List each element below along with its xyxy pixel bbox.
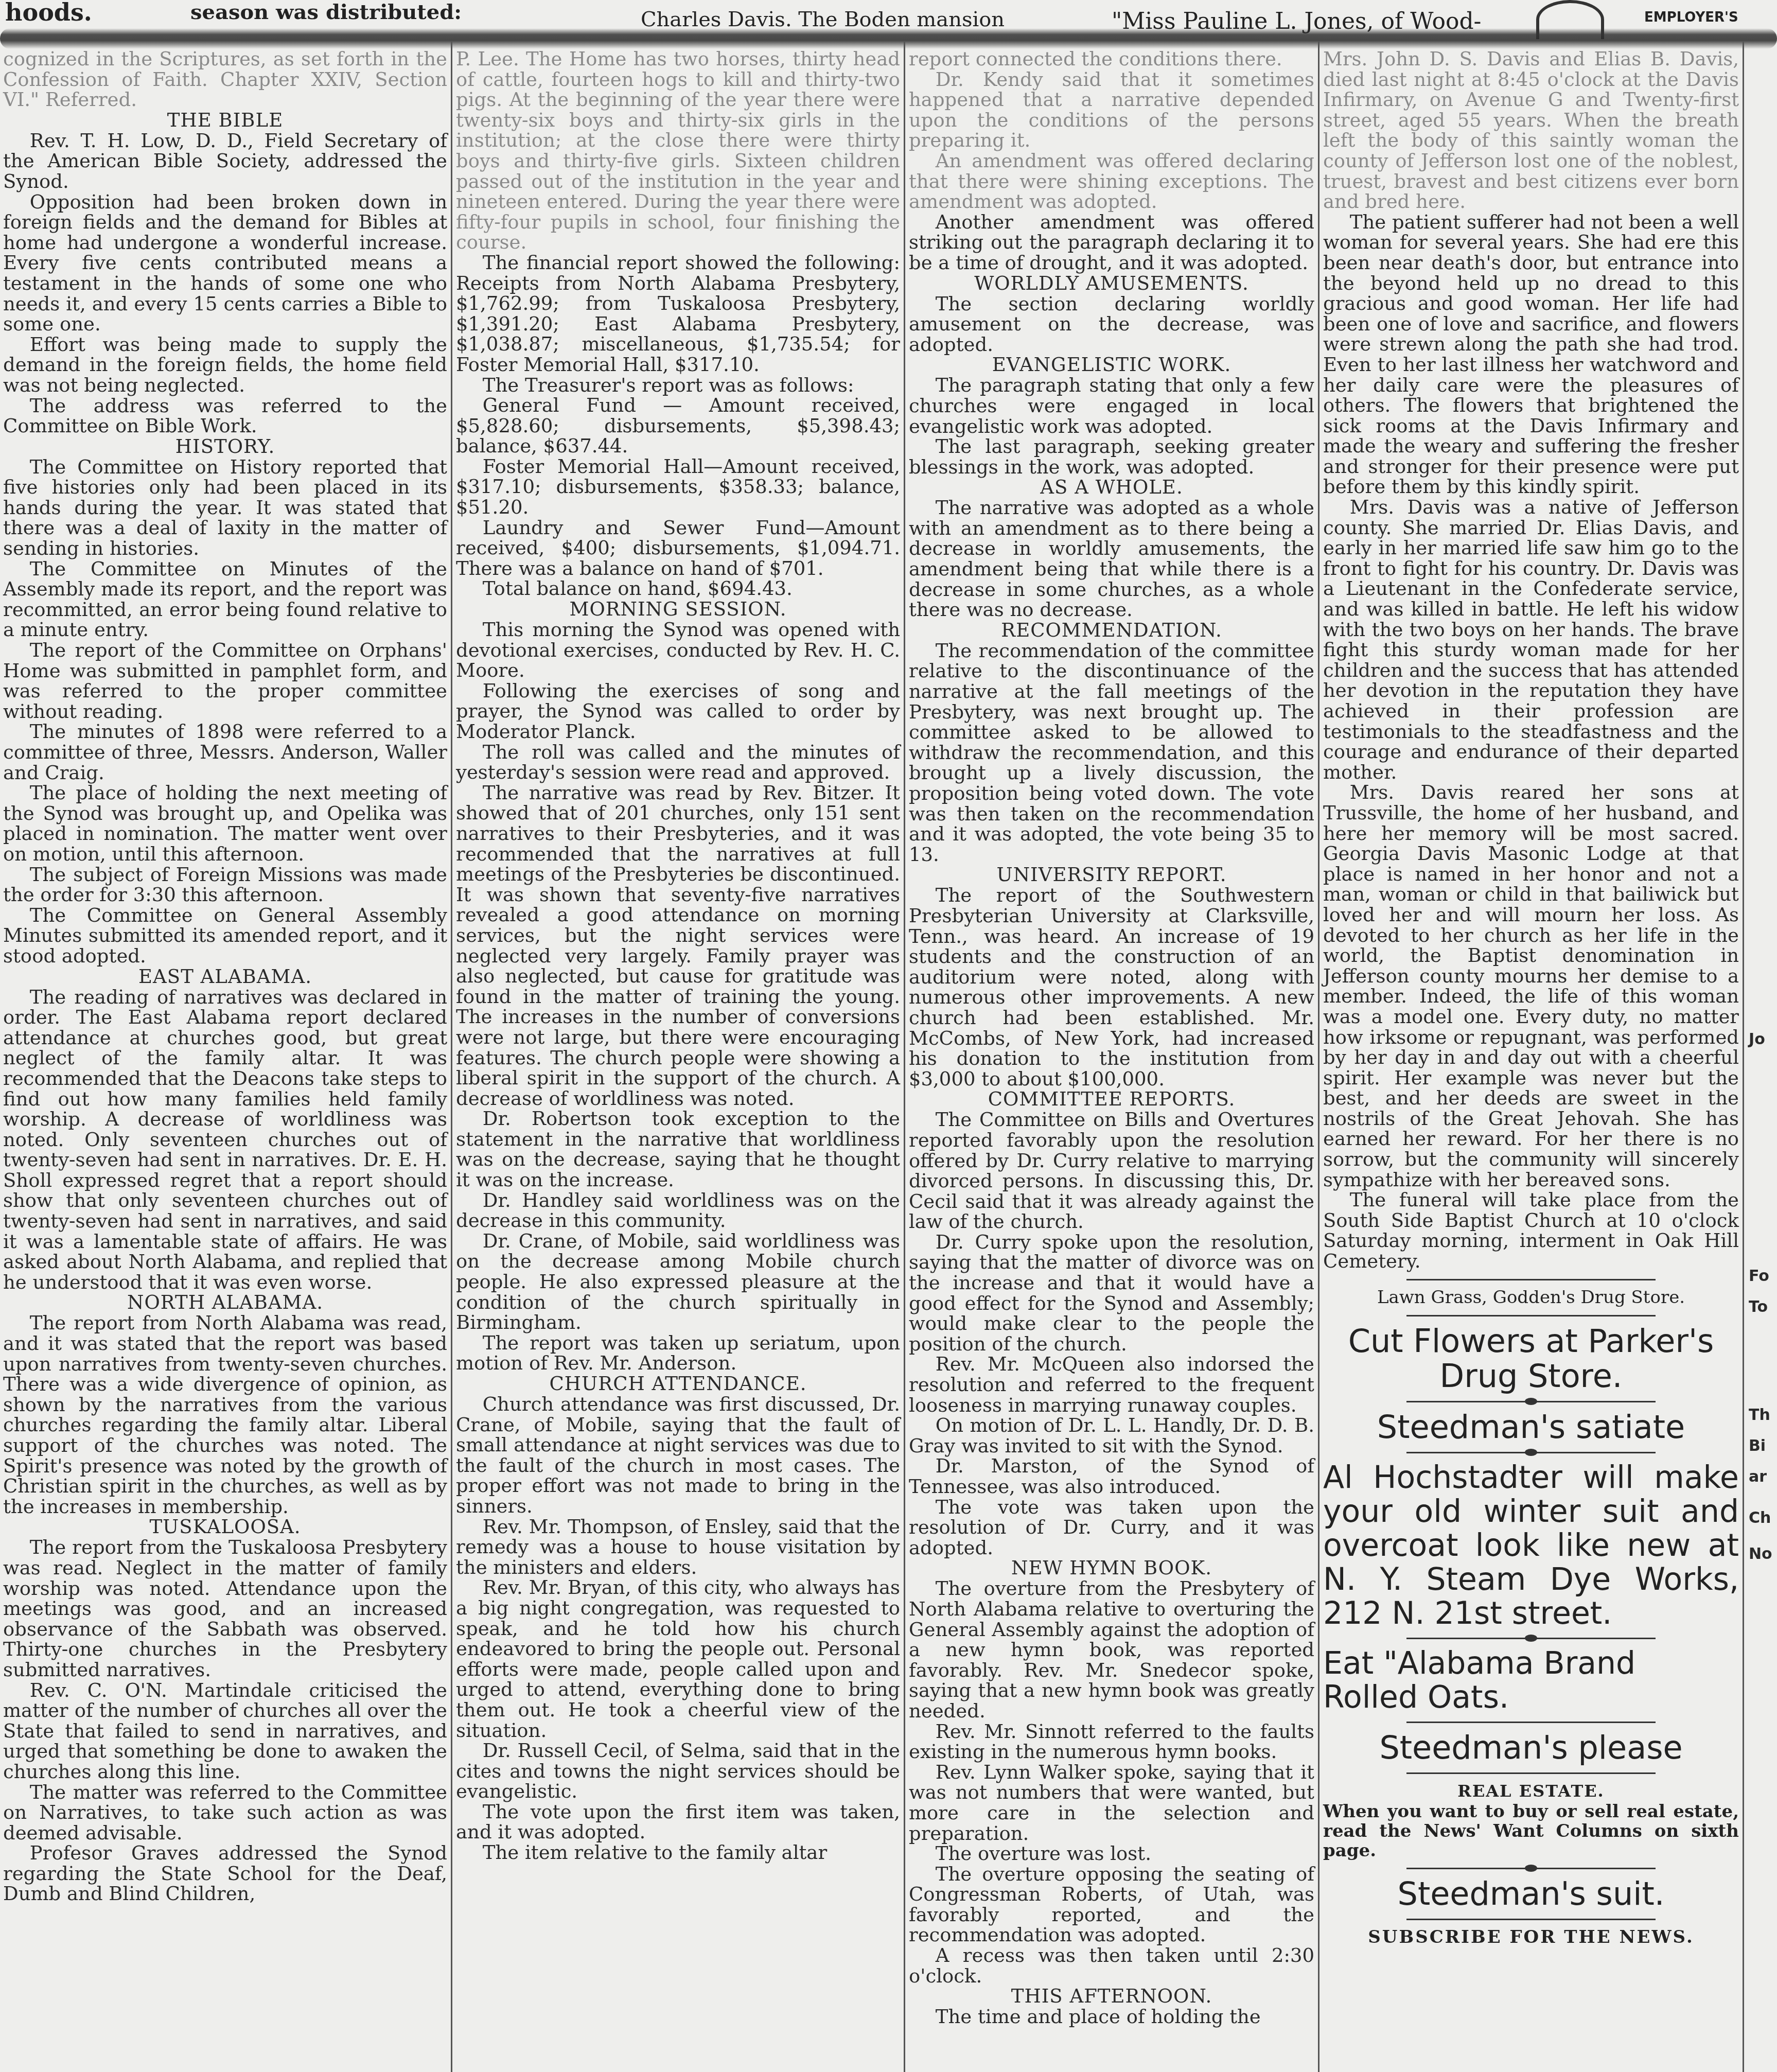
separator — [1406, 1722, 1656, 1723]
section-heading: CHURCH ATTENDANCE. — [456, 1374, 900, 1394]
article-paragraph: The place of holding the next meeting of… — [3, 783, 447, 864]
section-heading: THE BIBLE — [3, 110, 447, 131]
article-paragraph: The item relative to the family altar — [456, 1842, 900, 1863]
article-paragraph: The report from the Tuskaloosa Presbyter… — [3, 1537, 447, 1680]
section-heading: RECOMMENDATION. — [909, 620, 1314, 641]
section-heading: MORNING SESSION. — [456, 599, 900, 620]
article-paragraph: The overture from the Presbytery of Nort… — [909, 1578, 1314, 1721]
article-paragraph: Dr. Handley said worldliness was on the … — [456, 1190, 900, 1231]
cut-off-text-fragment: Fo — [1749, 1266, 1769, 1287]
article-paragraph: This morning the Synod was opened with d… — [456, 620, 900, 681]
cut-off-text-fragment: Jo — [1749, 1029, 1765, 1050]
column-obituary-ads: Mrs. John D. S. Davis and Elias B. Davis… — [1320, 49, 1742, 2072]
article-paragraph: The address was referred to the Committe… — [3, 396, 447, 436]
column-rule — [1743, 41, 1744, 2072]
article-paragraph: Rev. C. O'N. Martindale criticised the m… — [3, 1680, 447, 1782]
article-paragraph: Mrs. Davis reared her sons at Trussville… — [1323, 782, 1739, 1190]
ad-cut-flowers: Cut Flowers at Parker's Drug Store. — [1323, 1324, 1739, 1394]
article-paragraph: The recommendation of the committee rela… — [909, 641, 1314, 865]
ornament-separator — [1406, 1868, 1656, 1869]
cut-off-text-fragment: To — [1749, 1297, 1768, 1318]
article-paragraph: The funeral will take place from the Sou… — [1323, 1190, 1739, 1271]
article-paragraph: The report of the Committee on Orphans' … — [3, 640, 447, 722]
article-paragraph: The patient sufferer had not been a well… — [1323, 212, 1739, 497]
adjacent-column-fragments: JoFoToThBiarChNo — [1745, 49, 1777, 2072]
ornament-separator — [1406, 1452, 1656, 1453]
separator — [1406, 1315, 1656, 1316]
section-heading: EVANGELISTIC WORK. — [909, 355, 1314, 375]
subscribe-banner: SUBSCRIBE FOR THE NEWS. — [1323, 1927, 1739, 1948]
article-paragraph: The report was taken up seriatum, upon m… — [456, 1333, 900, 1374]
fragment-season: season was distributed: — [190, 0, 462, 25]
article-paragraph: report connected the conditions there. — [909, 49, 1314, 69]
article-paragraph: The Committee on History reported that f… — [3, 457, 447, 559]
article-paragraph: Following the exercises of song and pray… — [456, 681, 900, 742]
cut-off-text-fragment: ar — [1749, 1467, 1767, 1487]
article-paragraph: General Fund — Amount received, $5,828.6… — [456, 395, 900, 456]
article-paragraph: Another amendment was offered striking o… — [909, 212, 1314, 273]
column-committee-reports: report connected the conditions there.Dr… — [906, 49, 1317, 2072]
article-paragraph: The Committee on Minutes of the Assembly… — [3, 559, 447, 640]
ad-steedman-suit: Steedman's suit. — [1323, 1876, 1739, 1911]
article-paragraph: The roll was called and the minutes of y… — [456, 742, 900, 783]
article-paragraph: Dr. Crane, of Mobile, said worldliness w… — [456, 1231, 900, 1333]
article-paragraph: Rev. Mr. McQueen also indorsed the resol… — [909, 1354, 1314, 1415]
ink-smear — [0, 28, 1777, 49]
article-paragraph: The vote was taken upon the resolution o… — [909, 1497, 1314, 1558]
fragment-hoods: hoods. — [5, 0, 92, 25]
fragment-employers: EMPLOYER'S — [1644, 5, 1738, 30]
article-paragraph: P. Lee. The Home has two horses, thirty … — [456, 49, 900, 253]
section-heading: COMMITTEE REPORTS. — [909, 1089, 1314, 1110]
article-paragraph: Rev. Mr. Bryan, of this city, who always… — [456, 1577, 900, 1741]
article-paragraph: Effort was being made to supply the dema… — [3, 335, 447, 396]
article-paragraph: The vote upon the first item was taken, … — [456, 1802, 900, 1842]
column-rule — [1318, 41, 1319, 2072]
separator — [1406, 1919, 1656, 1920]
article-paragraph: The paragraph stating that only a few ch… — [909, 375, 1314, 436]
section-heading: NEW HYMN BOOK. — [909, 1558, 1314, 1578]
ad-hochstadter-dye-works: Al Hochstadter will make your old winter… — [1323, 1461, 1739, 1630]
article-paragraph: The overture opposing the seating of Con… — [909, 1864, 1314, 1945]
article-paragraph: Mrs. John D. S. Davis and Elias B. Davis… — [1323, 49, 1739, 212]
article-paragraph: An amendment was offered declaring that … — [909, 151, 1314, 212]
article-paragraph: Rev. T. H. Low, D. D., Field Secretary o… — [3, 131, 447, 192]
article-paragraph: Opposition had been broken down in forei… — [3, 192, 447, 335]
ad-steedman-satiate: Steedman's satiate — [1323, 1410, 1739, 1445]
section-heading: TUSKALOOSA. — [3, 1517, 447, 1537]
article-paragraph: The reading of narratives was declared i… — [3, 987, 447, 1293]
article-paragraph: The narrative was adopted as a whole wit… — [909, 498, 1314, 620]
article-paragraph: Dr. Marston, of the Synod of Tennessee, … — [909, 1456, 1314, 1497]
article-paragraph: The report from North Alabama was read, … — [3, 1313, 447, 1517]
cut-off-text-fragment: Th — [1749, 1405, 1770, 1426]
article-paragraph: The Committee on General Assembly Minute… — [3, 905, 447, 967]
section-heading: UNIVERSITY REPORT. — [909, 865, 1314, 885]
cut-off-text-fragment: Ch — [1749, 1508, 1771, 1529]
article-paragraph: The matter was referred to the Committee… — [3, 1782, 447, 1843]
ornament-separator — [1406, 1401, 1656, 1402]
article-paragraph: A recess was then taken until 2:30 o'clo… — [909, 1945, 1314, 1986]
article-paragraph: The last paragraph, seeking greater bles… — [909, 436, 1314, 477]
article-paragraph: The narrative was read by Rev. Bitzer. I… — [456, 783, 900, 1109]
section-heading: HISTORY. — [3, 436, 447, 457]
section-heading: WORLDLY AMUSEMENTS. — [909, 273, 1314, 294]
article-paragraph: The report of the Southwestern Presbyter… — [909, 885, 1314, 1089]
article-paragraph: The financial report showed the followin… — [456, 253, 900, 375]
article-paragraph: The Committee on Bills and Overtures rep… — [909, 1110, 1314, 1232]
ad-real-estate-heading: REAL ESTATE. — [1323, 1781, 1739, 1802]
article-paragraph: The minutes of 1898 were referred to a c… — [3, 722, 447, 783]
article-paragraph: The time and place of holding the — [909, 2007, 1314, 2027]
section-heading: THIS AFTERNOON. — [909, 1986, 1314, 2007]
article-paragraph: Rev. Mr. Sinnott referred to the faults … — [909, 1722, 1314, 1762]
article-paragraph: Rev. Mr. Thompson, of Ensley, said that … — [456, 1517, 900, 1578]
article-paragraph: Rev. Lynn Walker spoke, saying that it w… — [909, 1762, 1314, 1843]
article-paragraph: Dr. Russell Cecil, of Selma, said that i… — [456, 1741, 900, 1802]
article-paragraph: Profesor Graves addressed the Synod rega… — [3, 1843, 447, 1904]
article-paragraph: Church attendance was first discussed, D… — [456, 1394, 900, 1517]
article-paragraph: Total balance on hand, $694.43. — [456, 578, 900, 599]
section-heading: NORTH ALABAMA. — [3, 1292, 447, 1313]
ad-real-estate-body: When you want to buy or sell real estate… — [1323, 1802, 1739, 1860]
section-heading: AS A WHOLE. — [909, 477, 1314, 498]
article-paragraph: The subject of Foreign Missions was made… — [3, 865, 447, 905]
column-financial-morning-session: P. Lee. The Home has two horses, thirty … — [453, 49, 903, 2072]
article-paragraph: Dr. Kendy said that it sometimes happene… — [909, 69, 1314, 151]
section-heading: EAST ALABAMA. — [3, 967, 447, 987]
article-paragraph: The Treasurer's report was as follows: — [456, 375, 900, 396]
column-synod-reports: cognized in the Scriptures, as set forth… — [0, 49, 450, 2072]
column-rule — [451, 41, 452, 2072]
ad-lawn-grass: Lawn Grass, Godden's Drug Store. — [1323, 1288, 1739, 1308]
article-paragraph: Dr. Robertson took exception to the stat… — [456, 1109, 900, 1190]
article-paragraph: The section declaring worldly amusement … — [909, 294, 1314, 355]
cut-off-text-fragment: Bi — [1749, 1436, 1766, 1456]
ad-steedman-please: Steedman's please — [1323, 1730, 1739, 1765]
ornament-separator — [1406, 1638, 1656, 1639]
article-paragraph: cognized in the Scriptures, as set forth… — [3, 49, 447, 110]
previous-section-strip: hoods. season was distributed: Charles D… — [0, 0, 1777, 49]
article-paragraph: Laundry and Sewer Fund—Amount received, … — [456, 518, 900, 579]
article-paragraph: The overture was lost. — [909, 1843, 1314, 1864]
ad-rolled-oats: Eat "Alabama Brand Rolled Oats. — [1323, 1646, 1739, 1714]
article-paragraph: On motion of Dr. L. L. Handly, Dr. D. B.… — [909, 1415, 1314, 1456]
cut-off-text-fragment: No — [1749, 1544, 1772, 1565]
separator — [1406, 1279, 1656, 1280]
column-rule — [904, 41, 905, 2072]
article-paragraph: Mrs. Davis was a native of Jefferson cou… — [1323, 497, 1739, 782]
article-paragraph: Dr. Curry spoke upon the resolution, say… — [909, 1232, 1314, 1355]
obituary-davis: Mrs. John D. S. Davis and Elias B. Davis… — [1323, 49, 1739, 1272]
article-paragraph: Foster Memorial Hall—Amount received, $3… — [456, 456, 900, 518]
separator — [1406, 1772, 1656, 1774]
